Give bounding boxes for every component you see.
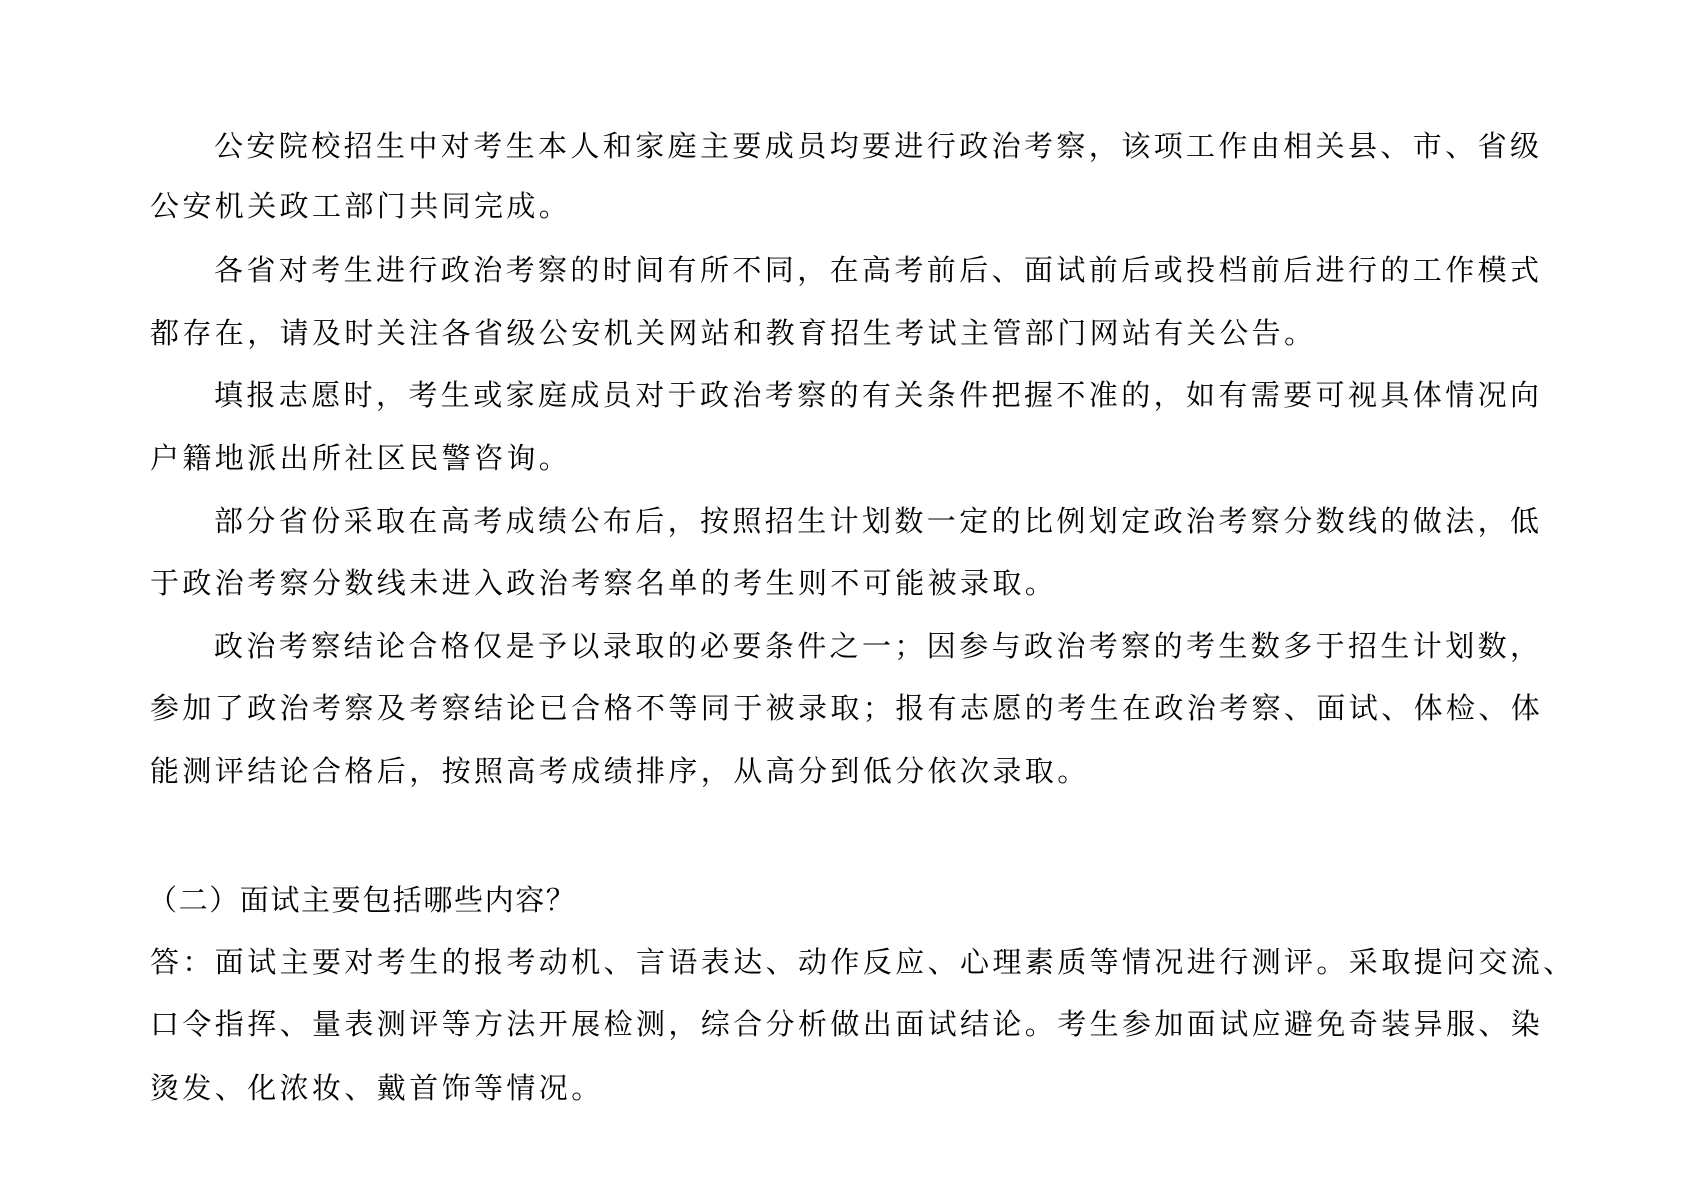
section-two-question-heading: （二）面试主要包括哪些内容？ [148, 880, 576, 920]
paragraph-2-line-2: 都存在，请及时关注各省级公安机关网站和教育招生考试主管部门网站有关公告。 [150, 313, 1316, 353]
paragraph-5-line-2: 参加了政治考察及考察结论已合格不等同于被录取；报有志愿的考生在政治考察、面试、体… [150, 688, 1543, 728]
document-page: 公安院校招生中对考生本人和家庭主要成员均要进行政治考察，该项工作由相关县、市、省… [0, 0, 1684, 1191]
answer-line-3: 烫发、化浓妆、戴首饰等情况。 [150, 1068, 604, 1108]
paragraph-5-line-3: 能测评结论合格后，按照高考成绩排序，从高分到低分依次录取。 [150, 751, 1090, 791]
paragraph-3-line-1: 填报志愿时，考生或家庭成员对于政治考察的有关条件把握不准的，如有需要可视具体情况… [214, 375, 1542, 415]
paragraph-4-line-1: 部分省份采取在高考成绩公布后，按照招生计划数一定的比例划定政治考察分数线的做法，… [214, 501, 1542, 541]
answer-line-1: 答：面试主要对考生的报考动机、言语表达、动作反应、心理素质等情况进行测评。采取提… [150, 942, 1576, 982]
paragraph-5-line-1: 政治考察结论合格仅是予以录取的必要条件之一；因参与政治考察的考生数多于招生计划数… [214, 626, 1542, 666]
paragraph-1-line-2: 公安机关政工部门共同完成。 [150, 186, 571, 226]
answer-line-2: 口令指挥、量表测评等方法开展检测，综合分析做出面试结论。考生参加面试应避免奇装异… [150, 1004, 1543, 1044]
paragraph-3-line-2: 户籍地派出所社区民警咨询。 [150, 438, 571, 478]
paragraph-1-line-1: 公安院校招生中对考生本人和家庭主要成员均要进行政治考察，该项工作由相关县、市、省… [214, 126, 1542, 166]
paragraph-4-line-2: 于政治考察分数线未进入政治考察名单的考生则不可能被录取。 [150, 563, 1057, 603]
paragraph-2-line-1: 各省对考生进行政治考察的时间有所不同，在高考前后、面试前后或投档前后进行的工作模… [214, 250, 1542, 290]
